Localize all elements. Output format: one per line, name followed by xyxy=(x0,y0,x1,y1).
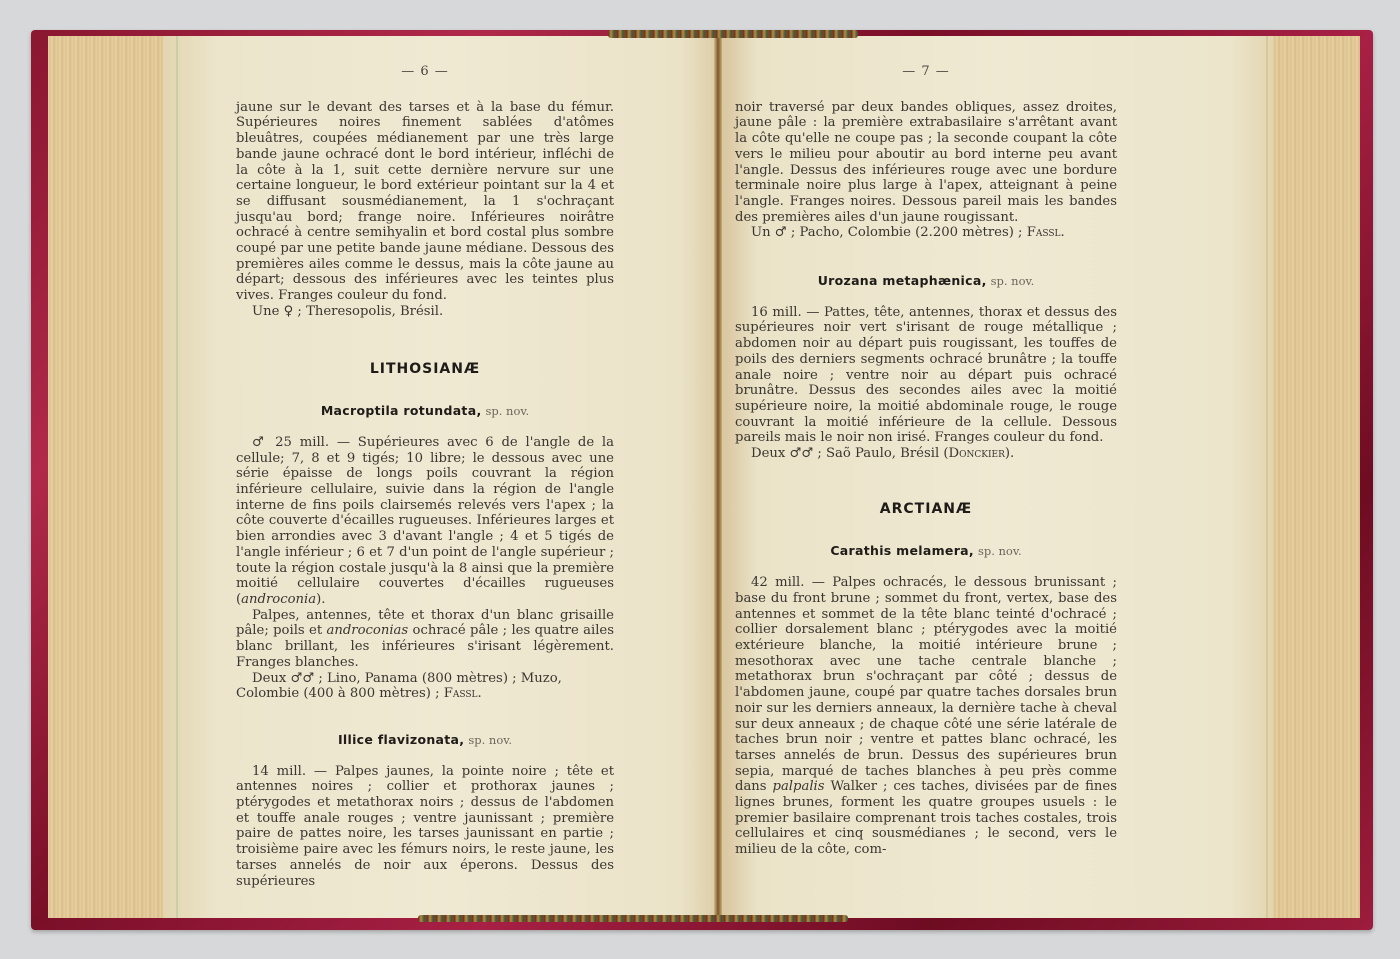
species-description: 42 mill. — Palpes ochracés, le dessous b… xyxy=(735,575,1117,858)
continuation-paragraph: noir traversé par deux bandes obliques, … xyxy=(735,100,1117,226)
locality-text: Deux ♂♂ ; Saõ Paulo, Brésil ( xyxy=(751,446,949,461)
section-title-arctianae: ARCTIANÆ xyxy=(735,502,1117,518)
species-status: sp. nov. xyxy=(991,274,1035,288)
species-heading: Urozana metaphænica, sp. nov. xyxy=(735,273,1117,290)
species-heading: Macroptila rotundata, sp. nov. xyxy=(236,403,614,420)
species-description: ♂ 25 mill. — Supérieures avec 6 de l'ang… xyxy=(236,435,614,608)
left-page-text: — 6 — jaune sur le devant des tarses et … xyxy=(236,64,614,889)
italic-term: palpalis xyxy=(773,779,825,794)
locality-text: Deux ♂♂ ; Lino, Panama (800 mètres) ; Mu… xyxy=(236,671,562,702)
locality-text: ). xyxy=(1005,446,1014,461)
description-text: ♂ 25 mill. — Supérieures avec 6 de l'ang… xyxy=(236,435,614,607)
book-gutter xyxy=(714,36,722,918)
continuation-locality: Une ♀ ; Theresopolis, Brésil. xyxy=(236,304,614,320)
continuation-paragraph: jaune sur le devant des tarses et à la b… xyxy=(236,100,614,304)
species-name: Urozana metaphænica, xyxy=(818,273,987,288)
continuation-locality: Un ♂ ; Pacho, Colombie (2.200 mètres) ; … xyxy=(735,225,1117,241)
section-title-lithosianae: LITHOSIANÆ xyxy=(236,362,614,378)
species-description: 14 mill. — Palpes jaunes, la pointe noir… xyxy=(236,764,614,890)
locality-text: Un ♂ ; Pacho, Colombie (2.200 mètres) ; xyxy=(751,225,1027,240)
collector-name: Fassl. xyxy=(1027,225,1065,240)
species-status: sp. nov. xyxy=(978,544,1022,558)
italic-term: androconia xyxy=(241,592,316,607)
description-text: 42 mill. — Palpes ochracés, le dessous b… xyxy=(735,575,1117,794)
species-locality: Deux ♂♂ ; Lino, Panama (800 mètres) ; Mu… xyxy=(236,671,614,702)
species-name: Carathis melamera, xyxy=(830,543,974,558)
species-name: Macroptila rotundata, xyxy=(321,403,482,418)
species-heading: Illice flavizonata, sp. nov. xyxy=(236,732,614,749)
species-locality: Deux ♂♂ ; Saõ Paulo, Brésil (Donckier). xyxy=(735,446,1117,462)
headband-top xyxy=(608,30,858,38)
page-number-left: — 6 — xyxy=(236,64,614,80)
species-description: 16 mill. — Pattes, tête, antennes, thora… xyxy=(735,305,1117,446)
species-description: Palpes, antennes, tête et thorax d'un bl… xyxy=(236,608,614,671)
page-number-right: — 7 — xyxy=(735,64,1117,80)
species-status: sp. nov. xyxy=(468,733,512,747)
italic-term: androconias xyxy=(326,623,408,638)
collector-name: Donckier xyxy=(949,446,1005,461)
left-page-edge-line xyxy=(176,36,178,918)
collector-name: Fassl. xyxy=(444,686,482,701)
species-heading: Carathis melamera, sp. nov. xyxy=(735,543,1117,560)
description-text: ). xyxy=(316,592,325,607)
species-name: Illice flavizonata, xyxy=(338,732,464,747)
species-status: sp. nov. xyxy=(485,404,529,418)
right-page-edge-line xyxy=(1266,36,1268,918)
right-page-block-edge xyxy=(1265,36,1360,918)
headband-bottom xyxy=(418,915,848,922)
right-page-text: — 7 — noir traversé par deux bandes obli… xyxy=(735,64,1117,858)
